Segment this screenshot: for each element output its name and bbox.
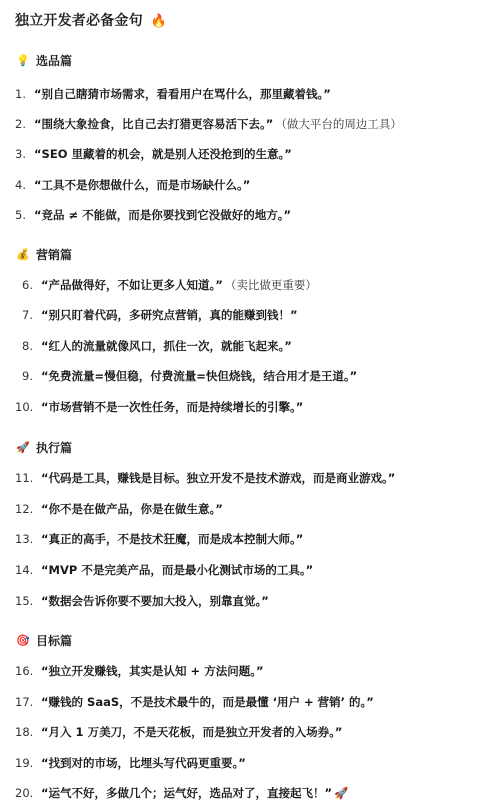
item-number: 11. bbox=[15, 471, 41, 485]
item-quote: “红人的流量就像风口，抓住一次，就能飞起来。” bbox=[41, 338, 292, 354]
target-icon: 🎯 bbox=[16, 634, 32, 647]
item-quote: “你不是在做产品，你是在做生意。” bbox=[41, 501, 223, 517]
list-item: 5. “竞品 ≠ 不能做，而是你要找到它没做好的地方。” bbox=[15, 207, 291, 223]
list-item: 8. “红人的流量就像风口，抓住一次，就能飞起来。” bbox=[22, 338, 292, 354]
list-item: 1. “别自己瞎猜市场需求，看看用户在骂什么，那里藏着钱。” bbox=[15, 86, 331, 102]
rocket-icon: 🚀 bbox=[334, 786, 348, 800]
list-item: 3. “SEO 里藏着的机会，就是别人还没抢到的生意。” bbox=[15, 146, 292, 162]
item-note: （卖比做更重要） bbox=[225, 277, 317, 293]
item-quote: “别自己瞎猜市场需求，看看用户在骂什么，那里藏着钱。” bbox=[34, 86, 331, 102]
section-heading-execution: 🚀 执行篇 bbox=[16, 439, 72, 456]
section-label: 执行篇 bbox=[36, 439, 72, 456]
item-number: 7. bbox=[22, 308, 41, 322]
item-number: 12. bbox=[15, 502, 41, 516]
item-quote: “工具不是你想做什么，而是市场缺什么。” bbox=[34, 177, 250, 193]
item-quote: “代码是工具，赚钱是目标。独立开发不是技术游戏，而是商业游戏。” bbox=[41, 470, 395, 486]
item-number: 3. bbox=[15, 147, 34, 161]
item-number: 5. bbox=[15, 208, 34, 222]
section-heading-selection: 💡 选品篇 bbox=[16, 52, 72, 69]
list-item: 9. “免费流量=慢但稳，付费流量=快但烧钱，结合用才是王道。” bbox=[22, 368, 357, 384]
list-item: 4. “工具不是你想做什么，而是市场缺什么。” bbox=[15, 177, 250, 193]
page-title: 独立开发者必备金句 🔥 bbox=[15, 10, 167, 30]
item-quote: “数据会告诉你要不要加大投入，别靠直觉。” bbox=[41, 593, 269, 609]
fire-icon: 🔥 bbox=[151, 14, 167, 29]
item-number: 8. bbox=[22, 339, 41, 353]
title-text: 独立开发者必备金句 bbox=[15, 13, 143, 29]
section-heading-marketing: 💰 营销篇 bbox=[16, 246, 72, 263]
list-item: 16. “独立开发赚钱，其实是认知 + 方法问题。” bbox=[15, 663, 264, 679]
list-item: 17. “赚钱的 SaaS，不是技术最牛的，而是最懂 ‘用户 + 营销’ 的。” bbox=[15, 694, 374, 710]
section-label: 选品篇 bbox=[36, 52, 72, 69]
list-item: 12. “你不是在做产品，你是在做生意。” bbox=[15, 501, 223, 517]
lightbulb-icon: 💡 bbox=[16, 54, 32, 67]
section-heading-goals: 🎯 目标篇 bbox=[16, 632, 72, 649]
item-quote: “找到对的市场，比埋头写代码更重要。” bbox=[41, 755, 246, 771]
item-number: 1. bbox=[15, 87, 34, 101]
list-item: 14. “MVP 不是完美产品，而是最小化测试市场的工具。” bbox=[15, 562, 313, 578]
list-item: 6. “产品做得好，不如让更多人知道。” （卖比做更重要） bbox=[22, 277, 317, 293]
item-quote: “MVP 不是完美产品，而是最小化测试市场的工具。” bbox=[41, 562, 313, 578]
item-number: 9. bbox=[22, 369, 41, 383]
list-item: 11. “代码是工具，赚钱是目标。独立开发不是技术游戏，而是商业游戏。” bbox=[15, 470, 395, 486]
item-number: 17. bbox=[15, 695, 41, 709]
section-label: 营销篇 bbox=[36, 246, 72, 263]
item-quote: “产品做得好，不如让更多人知道。” bbox=[41, 277, 223, 293]
list-item: 19. “找到对的市场，比埋头写代码更重要。” bbox=[15, 755, 246, 771]
money-bag-icon: 💰 bbox=[16, 248, 32, 261]
rocket-icon: 🚀 bbox=[16, 441, 32, 454]
item-number: 10. bbox=[15, 400, 41, 414]
item-quote: “运气不好，多做几个；运气好，选品对了，直接起飞！” bbox=[41, 785, 332, 800]
list-item: 7. “别只盯着代码，多研究点营销，真的能赚到钱！” bbox=[22, 307, 298, 323]
item-quote: “赚钱的 SaaS，不是技术最牛的，而是最懂 ‘用户 + 营销’ 的。” bbox=[41, 694, 374, 710]
item-quote: “竞品 ≠ 不能做，而是你要找到它没做好的地方。” bbox=[34, 207, 291, 223]
item-quote: “免费流量=慢但稳，付费流量=快但烧钱，结合用才是王道。” bbox=[41, 368, 357, 384]
section-label: 目标篇 bbox=[36, 632, 72, 649]
item-quote: “真正的高手，不是技术狂魔，而是成本控制大师。” bbox=[41, 531, 303, 547]
item-quote: “SEO 里藏着的机会，就是别人还没抢到的生意。” bbox=[34, 146, 292, 162]
item-number: 20. bbox=[15, 786, 41, 800]
item-number: 19. bbox=[15, 756, 41, 770]
list-item: 18. “月入 1 万美刀，不是天花板，而是独立开发者的入场券。” bbox=[15, 724, 342, 740]
item-quote: “别只盯着代码，多研究点营销，真的能赚到钱！” bbox=[41, 307, 298, 323]
item-number: 6. bbox=[22, 278, 41, 292]
list-item: 13. “真正的高手，不是技术狂魔，而是成本控制大师。” bbox=[15, 531, 303, 547]
item-number: 13. bbox=[15, 532, 41, 546]
item-quote: “市场营销不是一次性任务，而是持续增长的引擎。” bbox=[41, 399, 303, 415]
item-quote: “月入 1 万美刀，不是天花板，而是独立开发者的入场券。” bbox=[41, 724, 342, 740]
item-number: 14. bbox=[15, 563, 41, 577]
list-item: 10. “市场营销不是一次性任务，而是持续增长的引擎。” bbox=[15, 399, 303, 415]
item-number: 15. bbox=[15, 594, 41, 608]
item-quote: “独立开发赚钱，其实是认知 + 方法问题。” bbox=[41, 663, 264, 679]
item-number: 2. bbox=[15, 117, 34, 131]
list-item: 2. “围绕大象捡食，比自己去打猎更容易活下去。” （做大平台的周边工具） bbox=[15, 116, 402, 132]
item-number: 18. bbox=[15, 725, 41, 739]
item-number: 4. bbox=[15, 178, 34, 192]
list-item: 20. “运气不好，多做几个；运气好，选品对了，直接起飞！” 🚀 bbox=[15, 785, 348, 800]
item-quote: “围绕大象捡食，比自己去打猎更容易活下去。” bbox=[34, 116, 273, 132]
item-number: 16. bbox=[15, 664, 41, 678]
list-item: 15. “数据会告诉你要不要加大投入，别靠直觉。” bbox=[15, 593, 269, 609]
item-note: （做大平台的周边工具） bbox=[275, 116, 402, 132]
